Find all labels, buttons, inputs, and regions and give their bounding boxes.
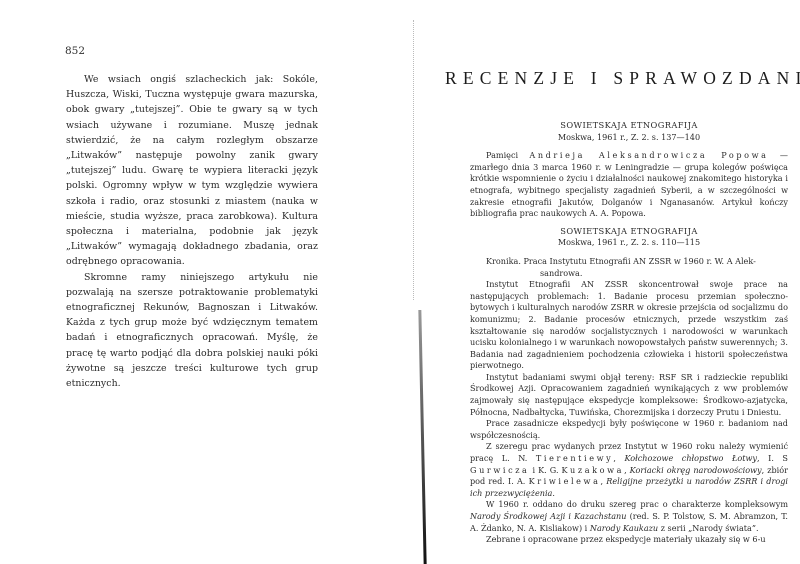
text: , I. S — [757, 453, 788, 463]
right-text-column: SOWIETSKAJA ETNOGRAFIJA Moskwa, 1961 r.,… — [470, 120, 788, 546]
book-title: Narody Środkowej Azji i Kazachstanu — [470, 511, 626, 521]
author-name: Kuzakowa — [562, 465, 625, 475]
author-name: Tierentiewy — [536, 453, 613, 463]
author-name: Gurwicza — [470, 465, 530, 475]
journal-heading: SOWIETSKAJA ETNOGRAFIJA — [470, 226, 788, 238]
book-title: Koriacki okręg narodowościowy — [630, 465, 762, 475]
review-paragraph: W 1960 r. oddano do druku szereg prac o … — [470, 499, 788, 534]
text: . — [552, 488, 555, 498]
review-paragraph: Z szeregu prac wydanych przez Instytut w… — [470, 441, 788, 499]
book-title: Narody Kaukazu — [590, 523, 658, 533]
left-page: 852 We wsiach ongiś szlacheckich jak: So… — [0, 0, 400, 564]
paragraph: We wsiach ongiś szlacheckich jak: Sokóle… — [66, 72, 318, 270]
review-paragraph: Instytut Etnografii AN ZSSR skoncentrowa… — [470, 279, 788, 372]
section-title: RECENZJE I SPRAWOZDANIA — [445, 68, 800, 89]
page-number: 852 — [65, 45, 85, 57]
kronika-line: Kronika. Praca Instytutu Etnografii AN Z… — [470, 256, 788, 268]
paragraph: Skromne ramy niniejszego artykułu nie po… — [66, 270, 318, 392]
left-text-column: We wsiach ongiś szlacheckich jak: Sokóle… — [66, 72, 318, 391]
text: — zmarłego dnia 3 marca 1960 r. w Lening… — [470, 150, 788, 218]
text: i K. G. — [530, 465, 562, 475]
book-title: Kołchozowe chłopstwo Łotwy — [624, 453, 757, 463]
review-paragraph: Pamięci Andrieja Aleksandrowicza Popowa … — [470, 150, 788, 220]
journal-citation: Moskwa, 1961 r., Z. 2. s. 110—115 — [470, 237, 788, 249]
review-paragraph: Zebrane i opracowane przez ekspedycje ma… — [470, 534, 788, 546]
journal-heading: SOWIETSKAJA ETNOGRAFIJA — [470, 120, 788, 132]
spaced-name: Andrieja Aleksandrowicza Popowa — [529, 150, 768, 160]
text: W 1960 r. oddano do druku szereg prac o … — [486, 499, 788, 509]
author-name: Kriwielewa — [529, 476, 601, 486]
review-paragraph: Prace zasadnicze ekspedycji były poświęc… — [470, 418, 788, 441]
review-paragraph: Instytut badaniami swymi objął tereny: R… — [470, 372, 788, 418]
text: Pamięci — [486, 150, 529, 160]
kronika-line: sandrowa. — [470, 268, 788, 280]
text: z serii „Narody świata”. — [658, 523, 758, 533]
text: , — [613, 453, 624, 463]
journal-citation: Moskwa, 1961 r., Z. 2. s. 137—140 — [470, 132, 788, 144]
